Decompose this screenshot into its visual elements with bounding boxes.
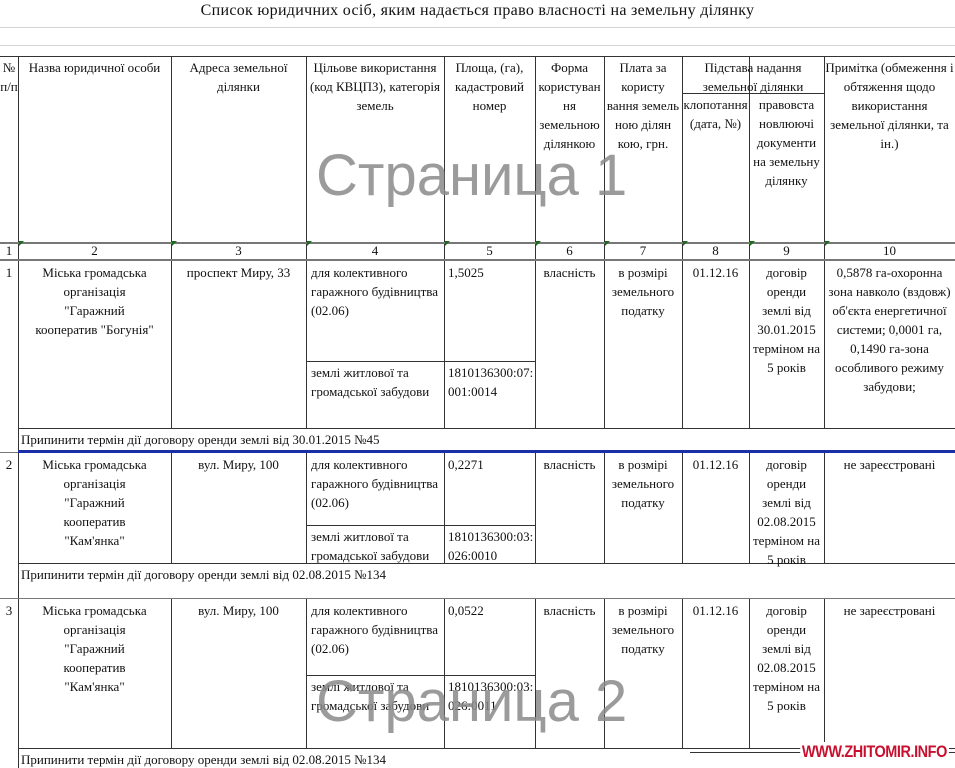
table-border [535,599,536,748]
payment: в розмірі земельного податку [608,261,678,321]
column-number: 9 [749,242,824,258]
column-number: 10 [824,242,955,258]
table-border [824,261,825,428]
table-border [171,599,172,748]
table-border [749,599,750,748]
header-name: Назва юридичної особи [18,56,171,116]
row-number: 3 [0,599,18,619]
table-border [824,599,825,748]
column-number: 8 [682,242,749,258]
header-payment: Плата за користу вання земель ною ділян … [604,56,682,156]
row-remark: Припинити термін дії договору оренди зем… [18,563,718,583]
land-category: землі житлової та громадської забудови [308,525,442,565]
table-border [535,261,536,428]
land-purpose: для колективного гаражного будівництва (… [308,453,442,523]
ownership-documents: договір оренди землі від 02.08.2015 терм… [753,453,820,563]
column-number: 1 [0,242,18,258]
ownership-documents: договір оренди землі від 30.01.2015 терм… [753,261,820,371]
header-form: Форма користуван ня земельною ділянкою [535,56,604,156]
cell-marker-icon [605,241,610,246]
header-note: Примітка (обмеження і обтяження щодо вик… [824,56,955,156]
table-border [604,453,605,563]
org-name: Міська громадська організація "Гаражний … [32,261,157,331]
table-border [824,453,825,563]
org-name: Міська громадська організація "Гаражний … [32,453,157,523]
header-area: Площа, (га), кадастровий номер [444,56,535,136]
table-border [749,453,750,563]
cell-marker-icon [536,241,541,246]
land-address: проспект Миру, 33 [171,261,306,281]
table-border [444,261,445,428]
land-address: вул. Миру, 100 [171,599,306,619]
document-title: Список юридичних осіб, яким надається пр… [0,2,955,20]
petition-date: 01.12.16 [682,453,749,473]
restrictions-note: не зареєстровані [826,599,953,729]
row-number: 1 [0,261,18,281]
page-break-line [18,450,955,453]
cadastral-number: 1810136300:03: 026:0011 [445,675,532,715]
table-border [18,761,19,768]
table-border [306,453,307,563]
land-purpose: для колективного гаражного будівництва (… [308,261,442,331]
table-border [18,599,19,748]
usage-form: власність [535,261,604,281]
header-num: № п/п [0,56,18,96]
table-border [682,599,683,748]
petition-date: 01.12.16 [682,599,749,619]
org-name: Міська громадська організація "Гаражний … [32,599,157,669]
land-purpose: для колективного гаражного будівництва (… [308,599,442,669]
column-number: 6 [535,242,604,258]
table-border [682,261,683,428]
column-number: 3 [171,242,306,258]
header-basis: Підстава надання земельної ділянки [682,56,824,94]
header-address: Адреса земельної ділянки [171,56,306,116]
column-number: 2 [18,242,171,258]
table-border [604,599,605,748]
cell-marker-icon [307,241,312,246]
restrictions-note: 0,5878 га-охоронна зона навколо (вздовж)… [826,261,953,391]
table-border [306,599,307,748]
row-remark: Припинити термін дії договору оренди зем… [18,748,718,768]
land-area: 0,0522 [445,599,534,619]
grid-line [0,45,955,46]
row-remark: Припинити термін дії договору оренди зем… [18,428,718,448]
land-category: землі житлової та громадської забудови [308,675,442,715]
table-border [171,261,172,428]
usage-form: власність [535,599,604,619]
usage-form: власність [535,453,604,473]
cell-marker-icon [683,241,688,246]
row-number: 2 [0,453,18,473]
restrictions-note: не зареєстровані [826,453,953,583]
payment: в розмірі земельного податку [608,599,678,659]
header-purpose: Цільове використання (код КВЦПЗ), катего… [306,56,444,136]
header-petition: клопотання (дата, №) [682,93,749,133]
land-address: вул. Миру, 100 [171,453,306,473]
table-border [306,261,307,428]
land-area: 1,5025 [445,261,534,281]
header-documents: правовста новлюючі документи на земельну… [749,93,824,193]
cell-marker-icon [19,241,24,246]
column-number: 4 [306,242,444,258]
column-number: 5 [444,242,535,258]
table-border [18,453,19,563]
column-number: 7 [604,242,682,258]
land-category: землі житлової та громадської забудови [308,361,442,401]
table-border [444,599,445,748]
cadastral-number: 1810136300:07: 001:0014 [445,361,532,401]
table-border [749,261,750,428]
grid-line [0,27,955,28]
cell-marker-icon [172,241,177,246]
table-border [604,261,605,428]
cadastral-number: 1810136300:03: 026:0010 [445,525,532,565]
ownership-documents: договір оренди землі від 02.08.2015 терм… [753,599,820,709]
cell-marker-icon [750,241,755,246]
petition-date: 01.12.16 [682,261,749,281]
cell-marker-icon [825,241,830,246]
land-area: 0,2271 [445,453,534,473]
cell-marker-icon [445,241,450,246]
site-brand-logo: WWW.ZHITOMIR.INFO [801,742,949,762]
table-border [18,261,19,428]
payment: в розмірі земельного податку [608,453,678,513]
